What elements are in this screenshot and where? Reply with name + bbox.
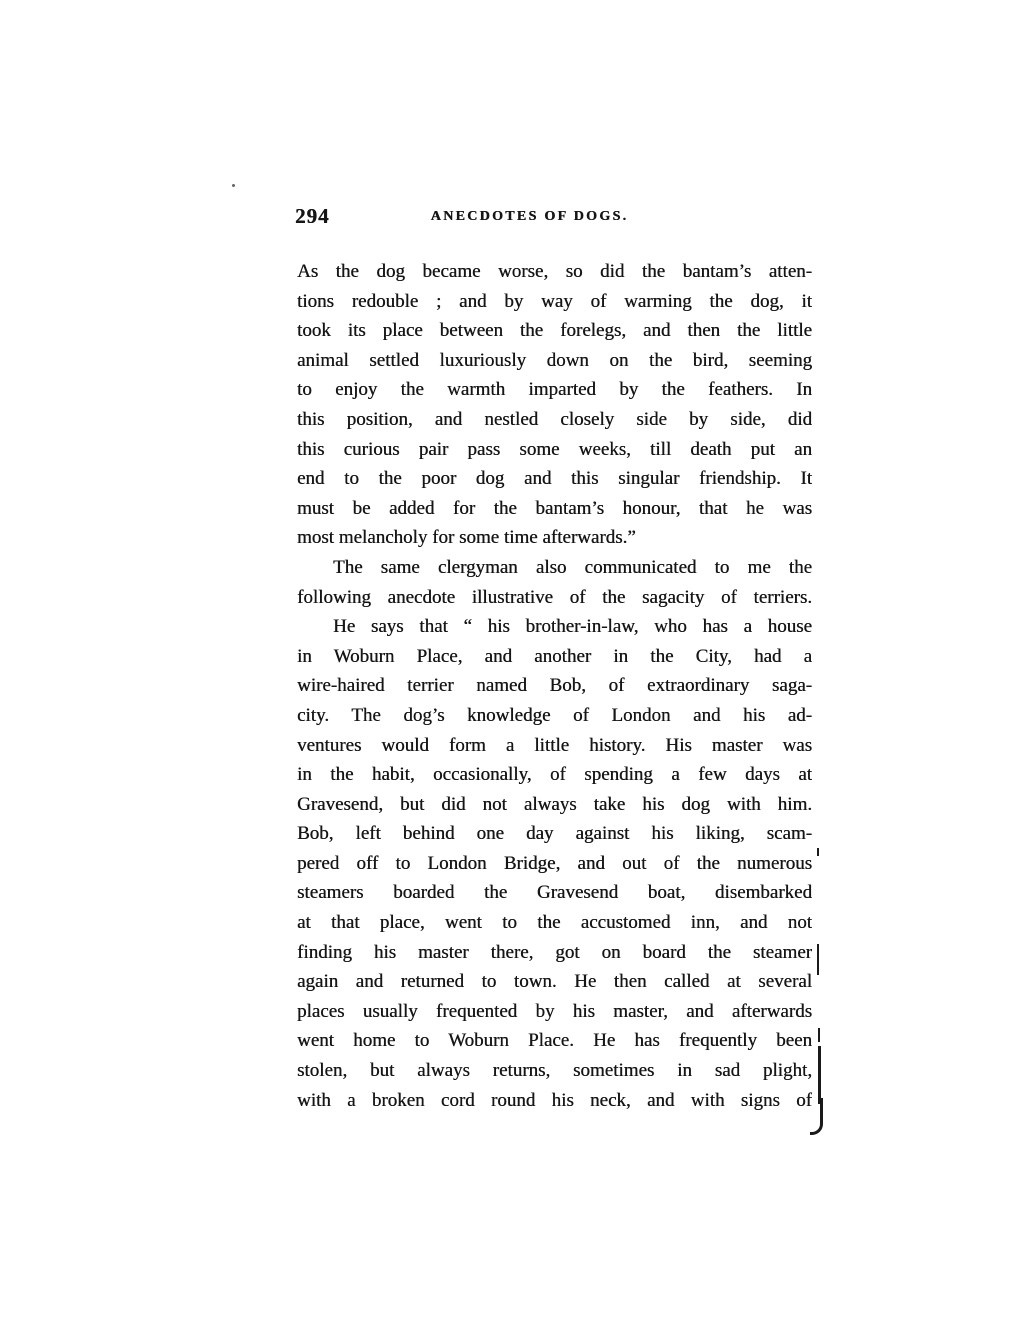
book-page: 294 ANECDOTES OF DOGS. As the dog became… (0, 0, 1033, 1339)
scan-artifact-line (818, 1046, 821, 1104)
text-line: took its place between the forelegs, and… (297, 316, 812, 346)
scan-artifact-line (817, 944, 819, 975)
text-line: tions redouble ; and by way of warming t… (297, 287, 812, 317)
text-line: finding his master there, got on board t… (297, 938, 812, 968)
text-line: Gravesend, but did not always take his d… (297, 790, 812, 820)
text-line: this position, and nestled closely side … (297, 405, 812, 435)
text-line: this curious pair pass some weeks, till … (297, 435, 812, 465)
text-line: wire-haired terrier named Bob, of extrao… (297, 671, 812, 701)
text-line: He says that “ his brother-in-law, who h… (297, 612, 812, 642)
text-line: must be added for the bantam’s honour, t… (297, 494, 812, 524)
text-line: Bob, left behind one day against his lik… (297, 819, 812, 849)
text-line: at that place, went to the accustomed in… (297, 908, 812, 938)
running-title: ANECDOTES OF DOGS. (297, 209, 762, 225)
text-line: most melancholy for some time afterwards… (297, 523, 812, 553)
text-line: went home to Woburn Place. He has freque… (297, 1026, 812, 1056)
text-line: As the dog became worse, so did the bant… (297, 257, 812, 287)
text-line: places usually frequented by his master,… (297, 997, 812, 1027)
text-line: in Woburn Place, and another in the City… (297, 642, 812, 672)
text-line: ventures would form a little history. Hi… (297, 731, 812, 761)
text-line: city. The dog’s knowledge of London and … (297, 701, 812, 731)
scan-artifact-tick (817, 848, 819, 856)
body-text: As the dog became worse, so did the bant… (297, 257, 812, 1115)
text-line: end to the poor dog and this singular fr… (297, 464, 812, 494)
scan-artifact-line (818, 1028, 820, 1042)
scan-artifact-curve (810, 1098, 823, 1135)
text-line: to enjoy the warmth imparted by the feat… (297, 375, 812, 405)
text-line: steamers boarded the Gravesend boat, dis… (297, 878, 812, 908)
text-line: in the habit, occasionally, of spending … (297, 760, 812, 790)
text-line: pered off to London Bridge, and out of t… (297, 849, 812, 879)
text-line: with a broken cord round his neck, and w… (297, 1086, 812, 1116)
text-line: again and returned to town. He then call… (297, 967, 812, 997)
scan-speck (232, 184, 235, 187)
text-line: following anecdote illustrative of the s… (297, 583, 812, 613)
text-line: stolen, but always returns, sometimes in… (297, 1056, 812, 1086)
text-line: The same clergyman also communicated to … (297, 553, 812, 583)
text-line: animal settled luxuriously down on the b… (297, 346, 812, 376)
